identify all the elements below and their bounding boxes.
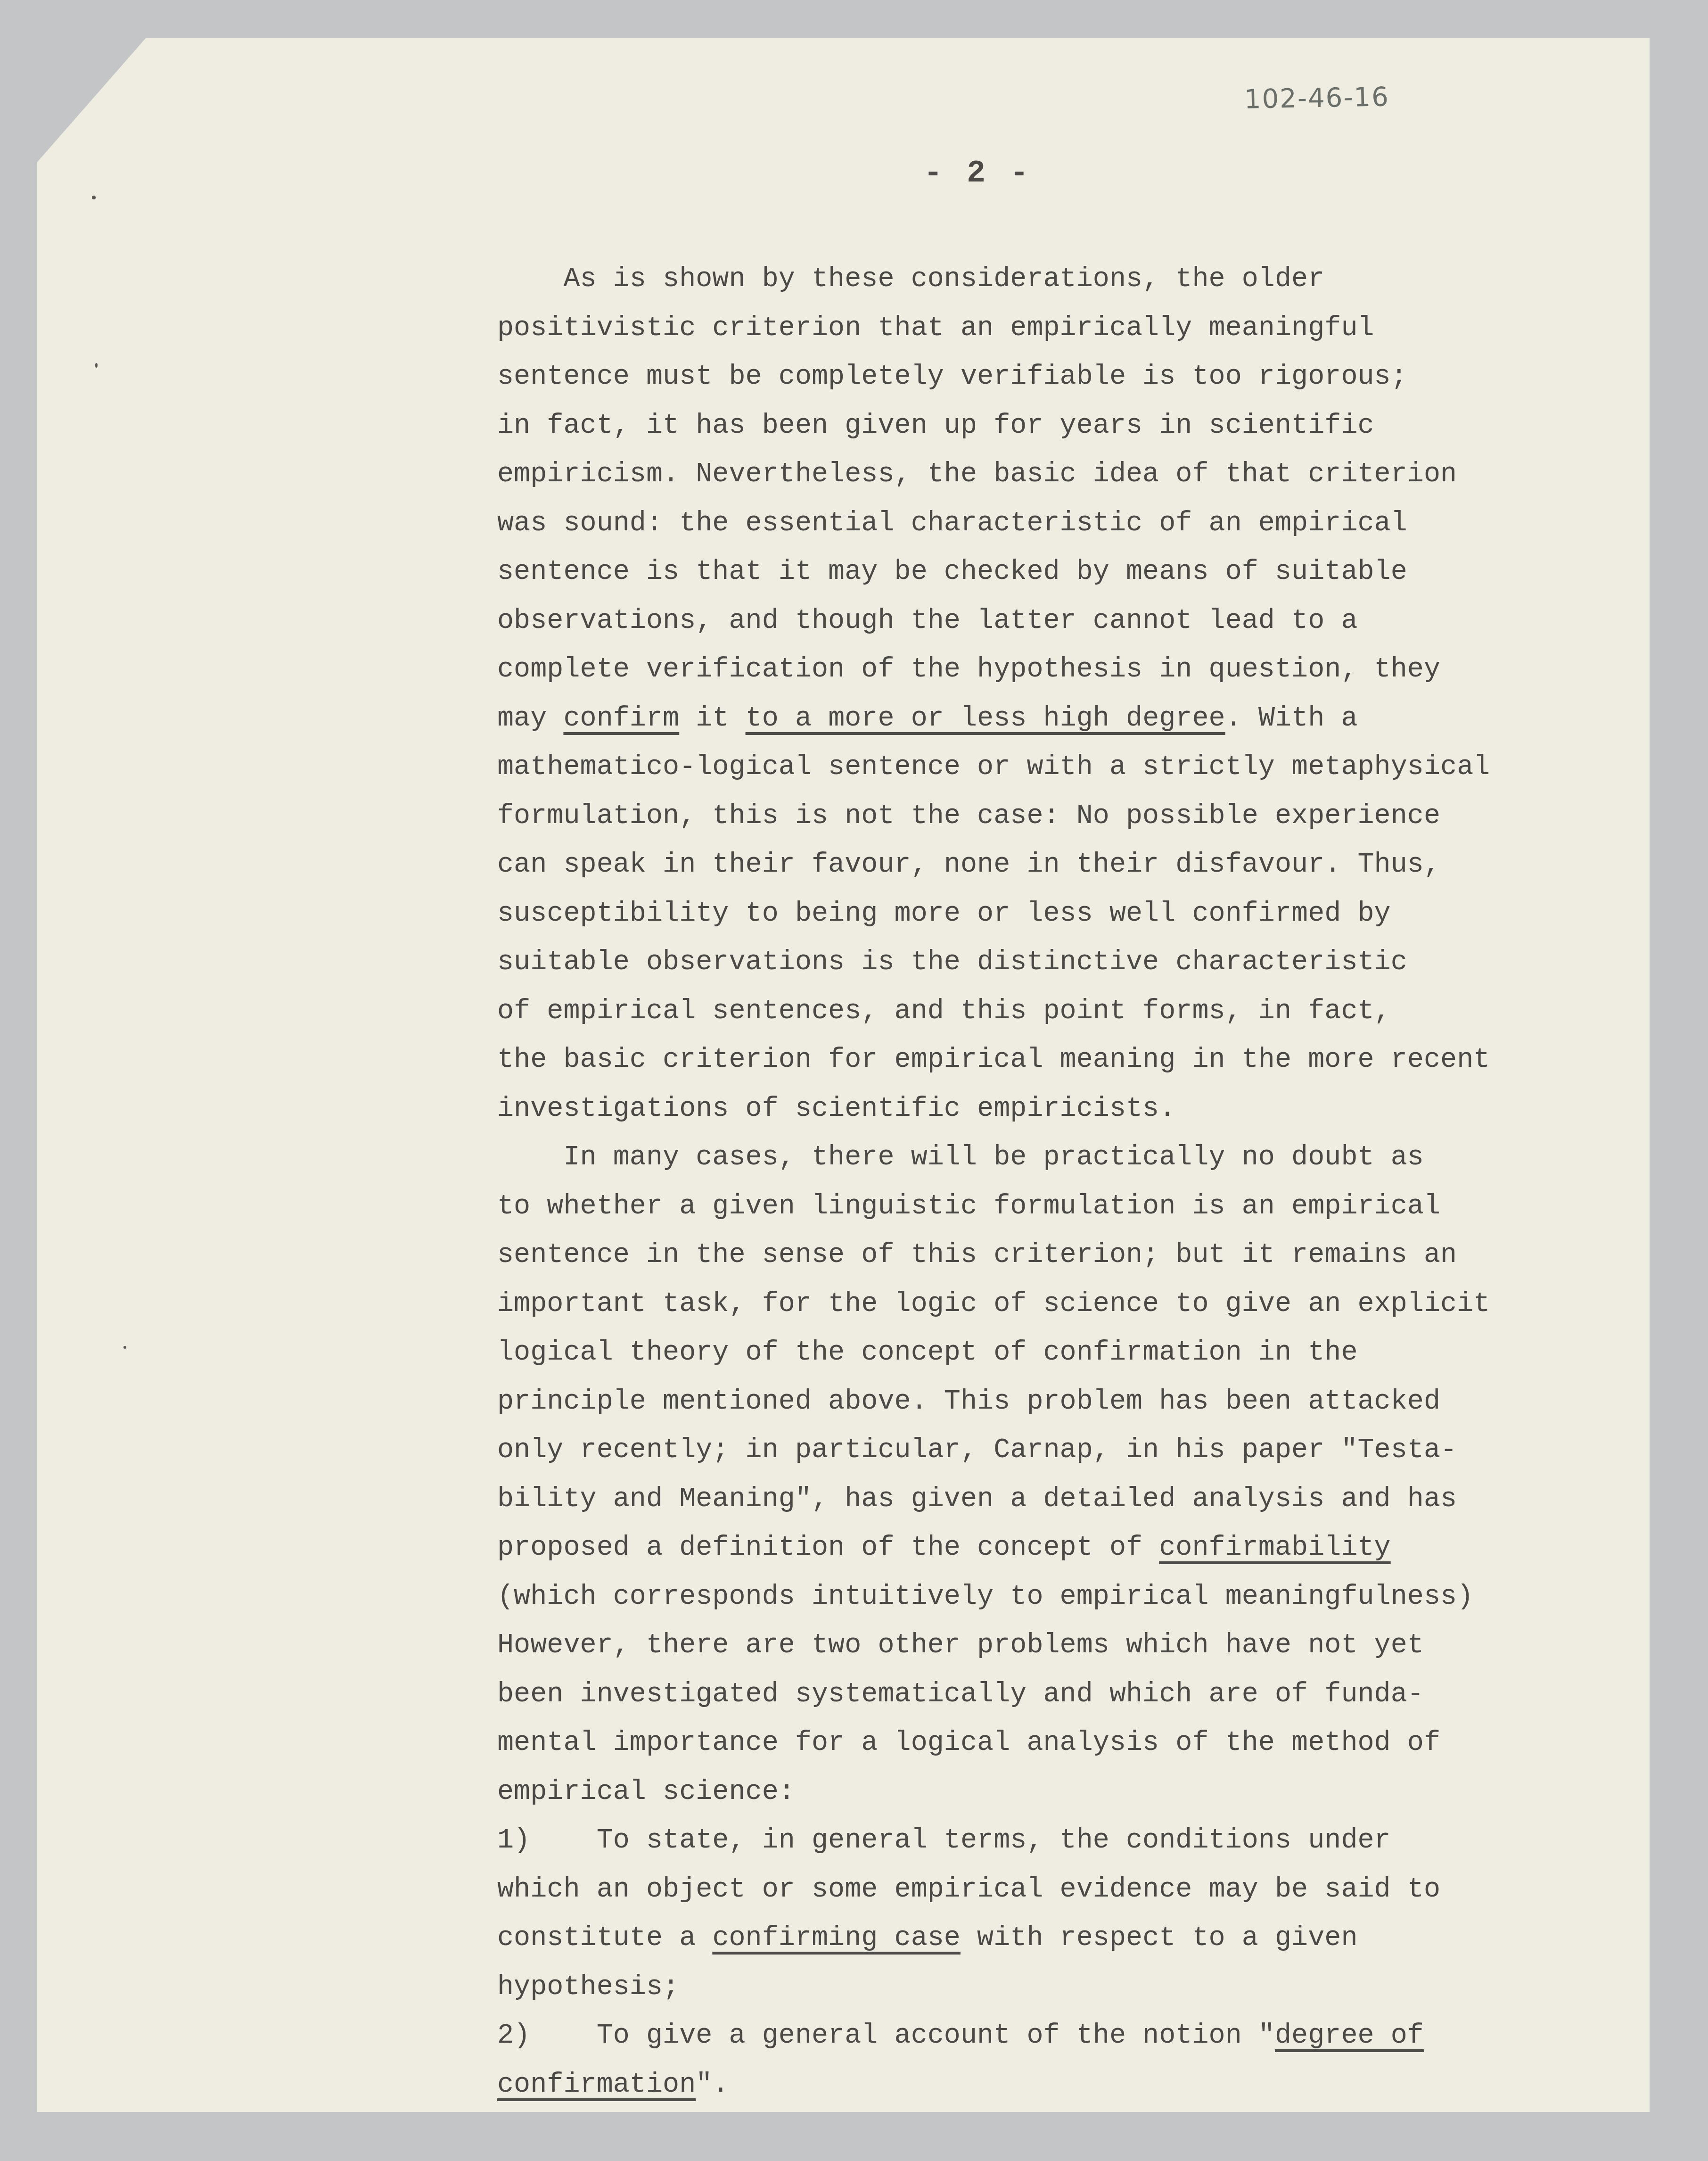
text-line: In many cases, there will be practically… <box>497 1133 1647 1182</box>
text-segment: constitute a <box>497 1922 712 1954</box>
text-line: As is shown by these considerations, the… <box>497 255 1647 304</box>
text-segment: it <box>679 702 745 734</box>
paper-speck <box>95 363 98 368</box>
text-line: may confirm it to a more or less high de… <box>497 694 1647 743</box>
text-segment: ". <box>696 2069 729 2100</box>
text-line: complete verification of the hypothesis … <box>497 645 1647 694</box>
archive-number: 102-46-16 <box>1244 82 1389 115</box>
text-line: suitable observations is the distinctive… <box>497 938 1647 987</box>
text-segment: proposed a definition of the concept of <box>497 1532 1159 1563</box>
text-segment: 2) To give a general account of the noti… <box>497 2020 1275 2051</box>
underlined-phrase: confirmation <box>497 2069 696 2100</box>
text-line: formulation, this is not the case: No po… <box>497 792 1647 841</box>
text-line: only recently; in particular, Carnap, in… <box>497 1426 1647 1475</box>
text-line: logical theory of the concept of confirm… <box>497 1328 1647 1377</box>
paper-speck <box>92 196 96 199</box>
text-line: important task, for the logic of science… <box>497 1279 1647 1328</box>
text-line: constitute a confirming case with respec… <box>497 1914 1647 1963</box>
text-line: can speak in their favour, none in their… <box>497 840 1647 889</box>
text-line: investigations of scientific empiricists… <box>497 1084 1647 1133</box>
text-line: bility and Meaning", has given a detaile… <box>497 1475 1647 1524</box>
text-line: (which corresponds intuitively to empiri… <box>497 1572 1647 1621</box>
text-line: which an object or some empirical eviden… <box>497 1865 1647 1914</box>
text-line: to whether a given linguistic formulatio… <box>497 1182 1647 1231</box>
text-line: been investigated systematically and whi… <box>497 1670 1647 1719</box>
underlined-phrase: to a more or less high degree <box>746 702 1225 734</box>
text-line: principle mentioned above. This problem … <box>497 1377 1647 1426</box>
text-line: empirical science: <box>497 1767 1647 1816</box>
text-line: sentence is that it may be checked by me… <box>497 547 1647 596</box>
underlined-phrase: confirm <box>563 702 679 734</box>
text-segment: with respect to a given <box>961 1922 1358 1954</box>
text-line: observations, and though the latter cann… <box>497 596 1647 645</box>
text-line: susceptibility to being more or less wel… <box>497 889 1647 938</box>
text-line: empiricism. Nevertheless, the basic idea… <box>497 450 1647 499</box>
text-line: 1) To state, in general terms, the condi… <box>497 1816 1647 1865</box>
text-line: 2) To give a general account of the noti… <box>497 2011 1647 2060</box>
text-line: sentence in the sense of this criterion;… <box>497 1230 1647 1279</box>
text-line: proposed a definition of the concept of … <box>497 1523 1647 1572</box>
underlined-phrase: confirmability <box>1159 1532 1390 1563</box>
text-line: mathematico-logical sentence or with a s… <box>497 742 1647 792</box>
text-line: was sound: the essential characteristic … <box>497 499 1647 548</box>
paper-speck <box>123 1346 126 1349</box>
text-line: confirmation". <box>497 2060 1647 2109</box>
text-line: in fact, it has been given up for years … <box>497 401 1647 450</box>
text-line: positivistic criterion that an empirical… <box>497 304 1647 353</box>
text-line: However, there are two other problems wh… <box>497 1621 1647 1670</box>
text-line: mental importance for a logical analysis… <box>497 1718 1647 1767</box>
text-segment: may <box>497 702 563 734</box>
page-number: - 2 - <box>924 156 1031 191</box>
underlined-phrase: degree of <box>1275 2020 1424 2051</box>
text-segment: . With a <box>1225 702 1358 734</box>
text-line: the basic criterion for empirical meanin… <box>497 1035 1647 1084</box>
underlined-phrase: confirming case <box>712 1922 961 1954</box>
text-line: sentence must be completely verifiable i… <box>497 352 1647 401</box>
body-text: As is shown by these considerations, the… <box>497 255 1647 2109</box>
text-line: hypothesis; <box>497 1963 1647 2012</box>
text-line: of empirical sentences, and this point f… <box>497 987 1647 1036</box>
